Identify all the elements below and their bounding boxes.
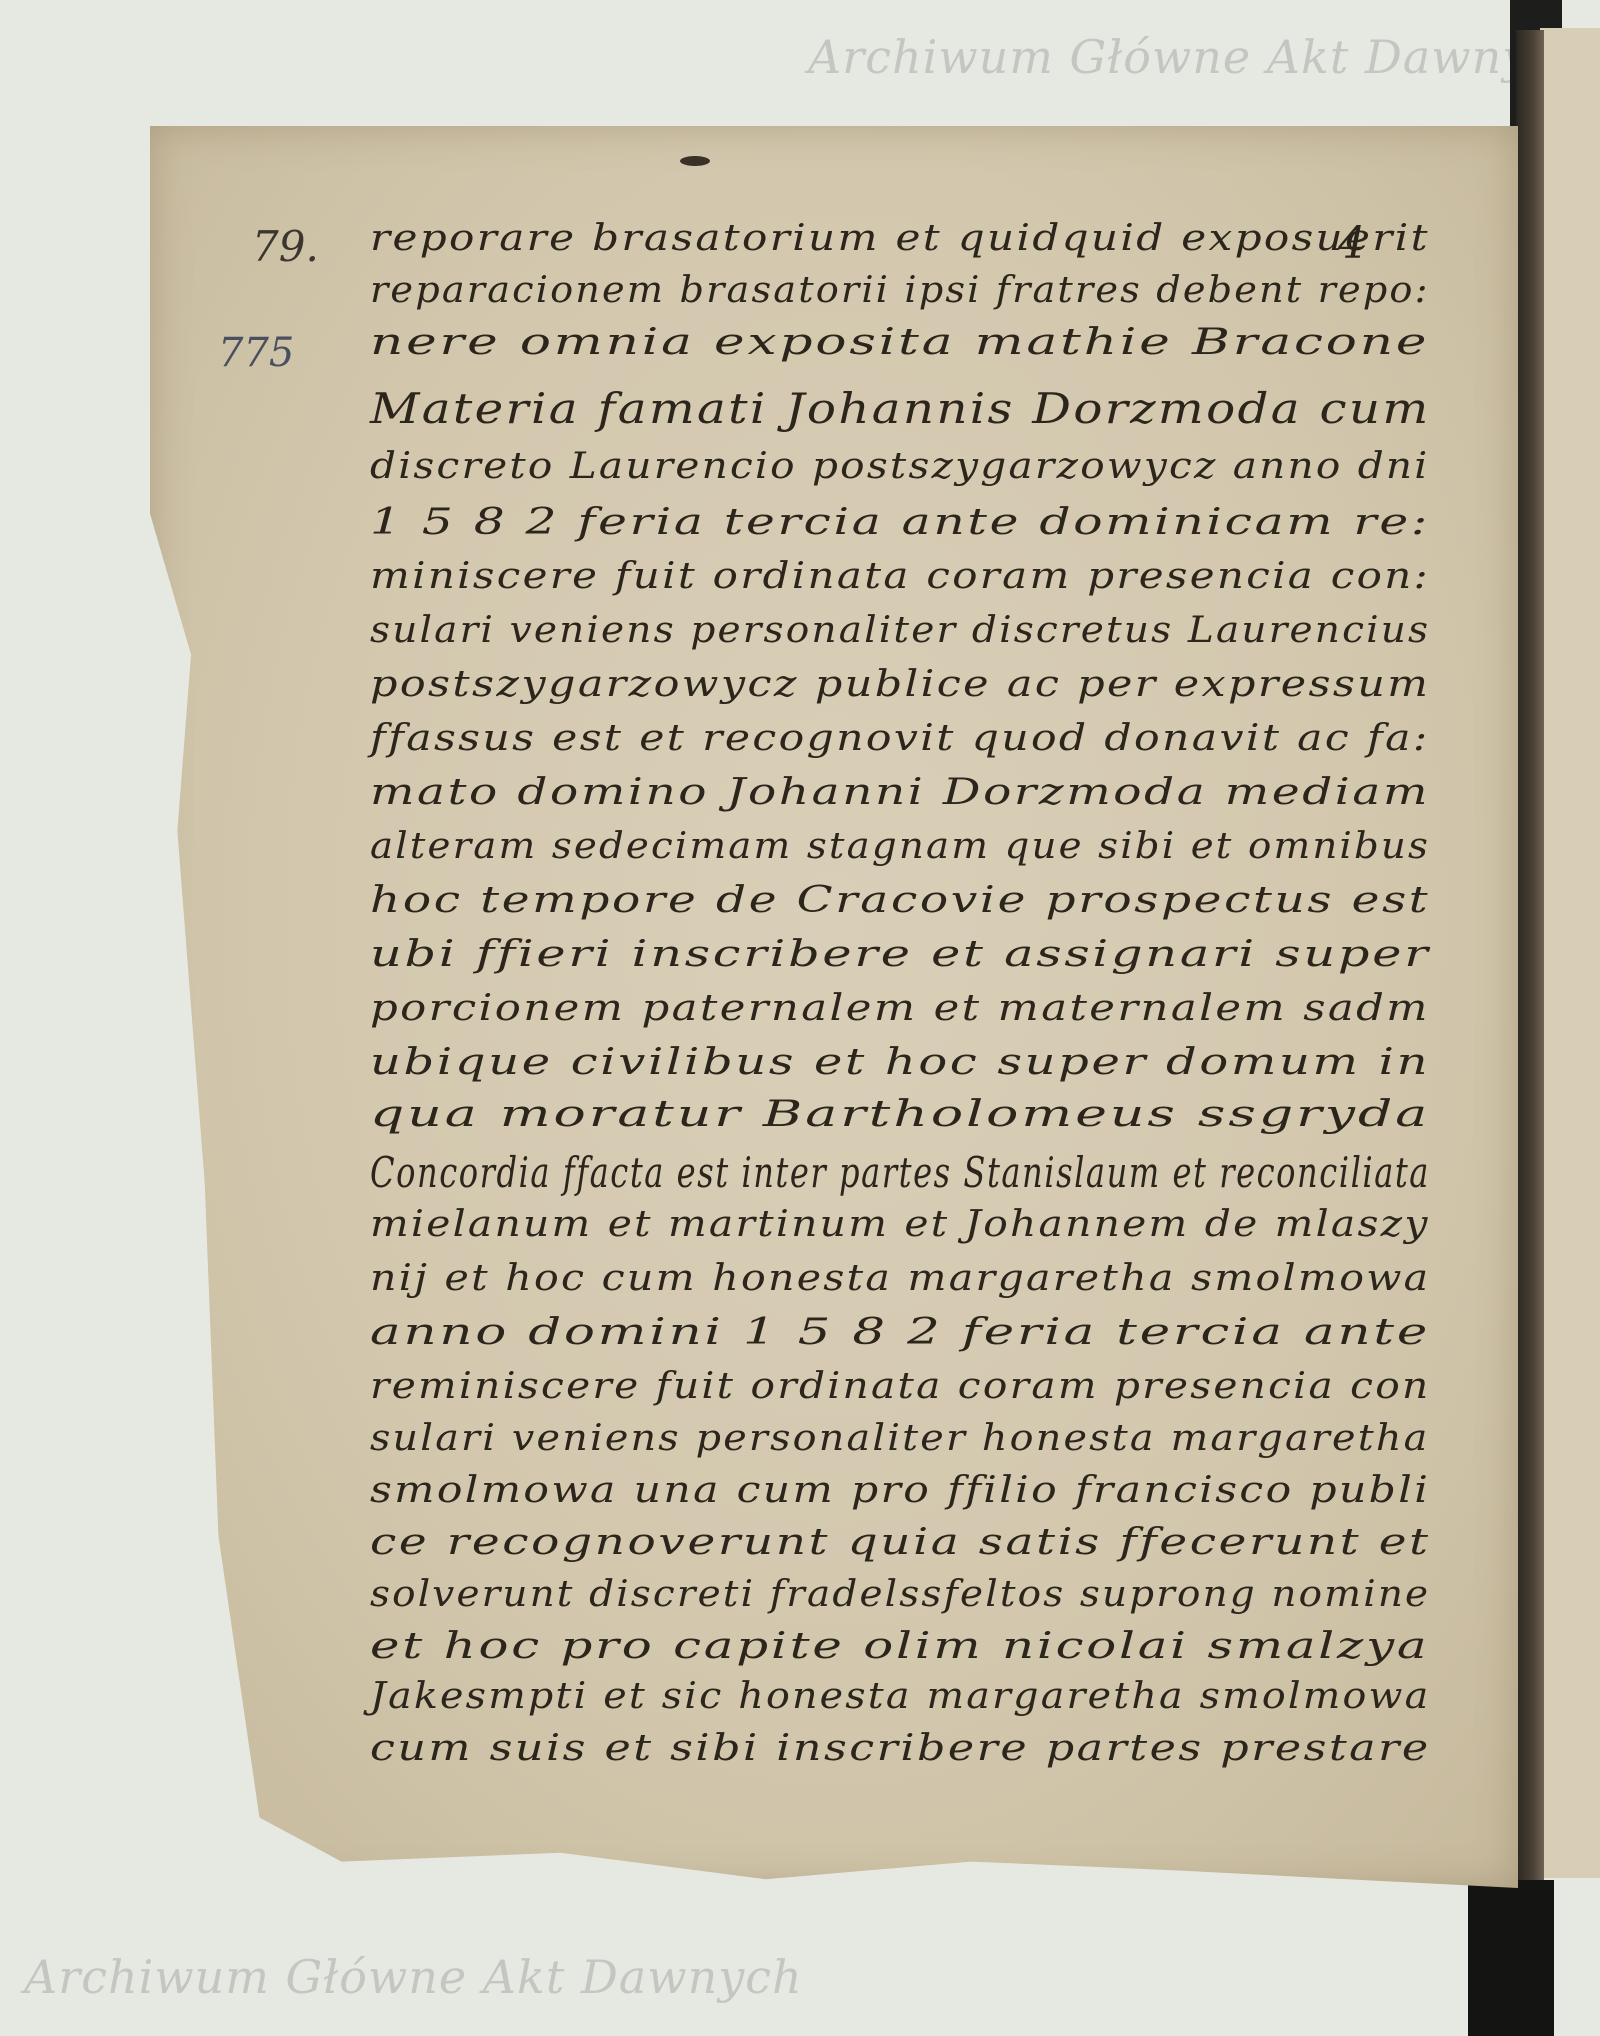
- text-line: et hoc pro capite olim nicolai smalzya: [370, 1626, 1429, 1667]
- text-line: miniscere fuit ordinata coram presencia …: [370, 556, 1430, 597]
- text-line: mielanum et martinum et Johannem de mlas…: [370, 1204, 1430, 1245]
- text-line: solverunt discreti fradelssfeltos supron…: [370, 1574, 1430, 1615]
- text-line: ubique civilibus et hoc super domum in: [370, 1042, 1430, 1083]
- text-line: sulari veniens personaliter discretus La…: [370, 610, 1430, 651]
- text-line: hoc tempore de Cracovie prospectus est: [370, 880, 1430, 921]
- text-line: nere omnia exposita mathie Bracone: [370, 322, 1429, 363]
- text-line: reparacionem brasatorii ipsi fratres deb…: [370, 270, 1430, 311]
- text-line: discreto Laurencio postszygarzowycz anno…: [370, 446, 1430, 487]
- text-line: smolmowa una cum pro ffilio francisco pu…: [370, 1470, 1430, 1511]
- text-line: anno domini 1 5 8 2 feria tercia ante: [370, 1312, 1430, 1353]
- text-line: mato domino Johanni Dorzmoda mediam: [370, 772, 1430, 813]
- archive-watermark-bottom: Archiwum Główne Akt Dawnych: [24, 1950, 803, 2004]
- text-line: ubi ffieri inscribere et assignari super: [370, 934, 1431, 975]
- entry-heading: Concordia ffacta est inter partes Stanis…: [370, 1148, 1430, 1197]
- text-line: porcionem paternalem et maternalem sadm: [370, 988, 1430, 1029]
- text-line: nij et hoc cum honesta margaretha smolmo…: [370, 1258, 1430, 1299]
- text-line: sulari veniens personaliter honesta marg…: [370, 1418, 1429, 1459]
- text-line: alteram sedecimam stagnam que sibi et om…: [370, 826, 1430, 867]
- text-line: 1 5 8 2 feria tercia ante dominicam re:: [370, 502, 1430, 543]
- folio-number: 79.: [252, 222, 319, 271]
- text-line: reporare brasatorium et quidquid exposue…: [370, 218, 1430, 259]
- archive-watermark-top: Archiwum Główne Akt Dawnych: [808, 30, 1587, 84]
- text-line: Jakesmpti et sic honesta margaretha smol…: [370, 1676, 1430, 1717]
- ink-mark: [680, 156, 710, 166]
- text-line: qua moratur Bartholomeus ssgryda: [370, 1094, 1430, 1135]
- text-line: postszygarzowycz publice ac per expressu…: [370, 664, 1430, 705]
- binding-strip-bottom: [1468, 1880, 1554, 2036]
- book-gutter: [1516, 30, 1544, 1880]
- text-line: ce recognoverunt quia satis ffecerunt et: [370, 1522, 1431, 1563]
- text-line: ffassus est et recognovit quod donavit a…: [370, 718, 1430, 759]
- entry-heading: Materia famati Johannis Dorzmoda cum: [370, 384, 1430, 433]
- adjacent-page-edge: [1540, 28, 1600, 1878]
- archival-number: 775: [218, 330, 294, 376]
- text-line: cum suis et sibi inscribere partes prest…: [370, 1728, 1431, 1769]
- text-line: reminiscere fuit ordinata coram presenci…: [370, 1366, 1430, 1407]
